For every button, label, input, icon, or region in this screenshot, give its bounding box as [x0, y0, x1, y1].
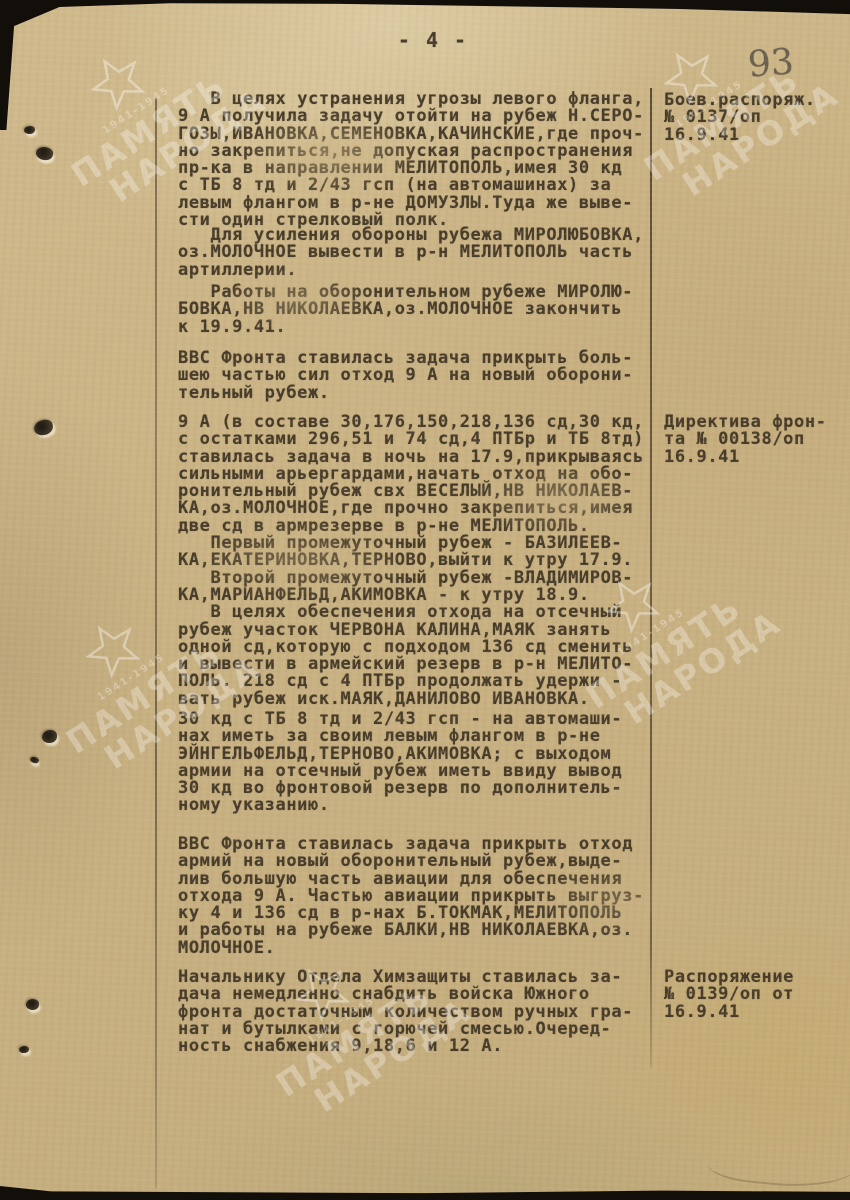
- punch-hole: [19, 1046, 29, 1053]
- left-margin-rule-line: [155, 98, 157, 1188]
- star-icon: [80, 44, 155, 119]
- page-crease: [706, 1130, 850, 1193]
- body-paragraph: В целях устранения угрозы левого фланга,…: [178, 91, 660, 229]
- punch-hole: [42, 730, 57, 743]
- body-paragraph: 30 кд с ТБ 8 тд и 2/43 гсп - на автомаши…: [178, 711, 660, 815]
- margin-note: Боев.распоряж. № 0137/оп 16.9.41: [664, 92, 848, 144]
- punch-hole: [25, 998, 39, 1011]
- body-paragraph: ВВС Фронта ставилась задача прикрыть бол…: [178, 350, 660, 402]
- body-paragraph: ВВС Фронта ставилась задача прикрыть отх…: [178, 836, 660, 957]
- body-paragraph: Работы на оборонительном рубеже МИРОЛЮ- …: [178, 284, 660, 336]
- punch-hole: [29, 756, 40, 765]
- punch-hole: [33, 418, 54, 436]
- body-paragraph: 9 А (в составе 30,176,150,218,136 сд,30 …: [178, 414, 660, 708]
- archive-sheet-number: 93: [747, 44, 795, 83]
- body-paragraph: Начальнику Отдела Химзащиты ставилась за…: [178, 969, 660, 1055]
- star-icon: [75, 611, 150, 686]
- margin-note: Директива фрон- та № 00138/оп 16.9.41: [664, 414, 848, 466]
- body-paragraph: Для усиления обороны рубежа МИРОЛЮБОВКА,…: [178, 227, 660, 279]
- page-number: - 4 -: [378, 29, 488, 51]
- scanned-document: - 4 - 93 В целях устранения угрозы левог…: [0, 0, 850, 1200]
- margin-note: Распоряжение № 0139/оп от 16.9.41: [664, 969, 848, 1021]
- document-page: - 4 - 93 В целях устранения угрозы левог…: [0, 0, 850, 1200]
- punch-hole: [35, 145, 55, 162]
- punch-hole: [24, 126, 35, 134]
